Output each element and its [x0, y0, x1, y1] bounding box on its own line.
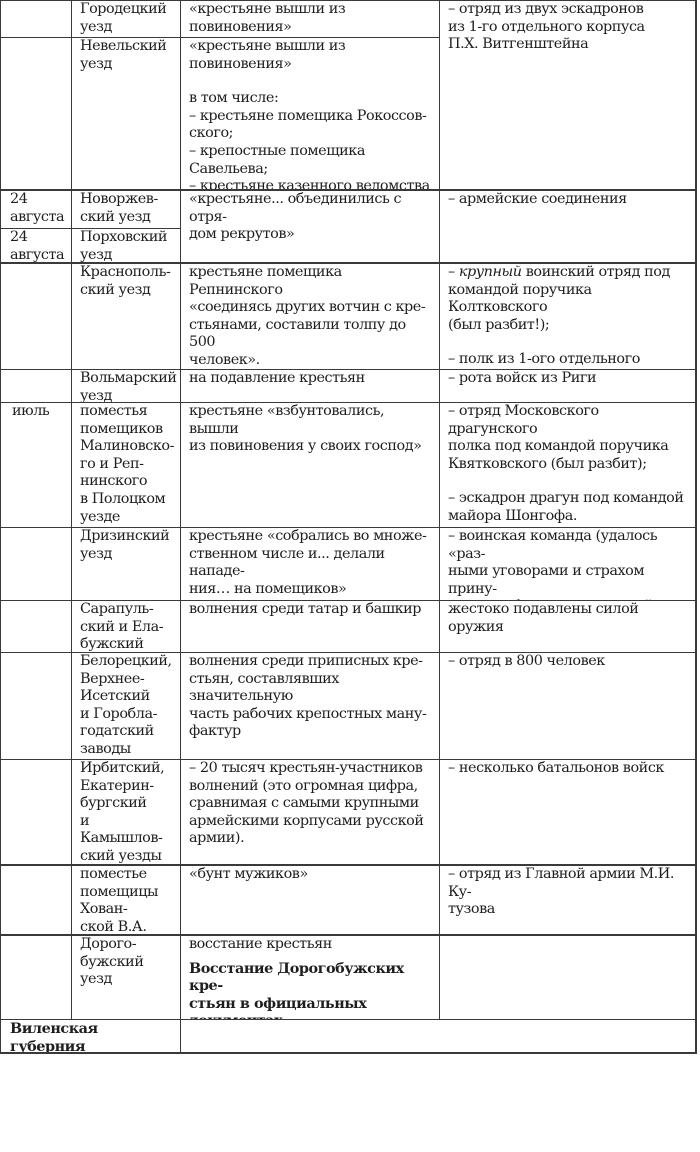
- place-text: Дризинский уезд: [80, 528, 175, 563]
- event-cell: «крестьяне вышли из повиновения»: [180, 0, 440, 38]
- place-cell: поместья помещиков Малиновско- го и Реп-…: [71, 402, 181, 528]
- place-cell: Новоржев- ский уезд: [71, 189, 181, 229]
- region-empty-cell: [180, 1019, 697, 1054]
- place-cell: Порховский уезд: [71, 228, 181, 263]
- measures-text: – армейские соединения: [448, 191, 690, 209]
- place-cell: Дризинский уезд: [71, 527, 181, 601]
- event-text: волнения среди приписных кре- стьян, сос…: [189, 653, 434, 741]
- place-cell: Дорого- бужский уезд: [71, 934, 181, 1020]
- place-text: поместья помещиков Малиновско- го и Реп-…: [80, 403, 175, 526]
- event-text: крестьяне помещика Репнинского «соединяс…: [189, 264, 434, 370]
- measures-text: – отряд Московского драгунского полка по…: [448, 403, 690, 473]
- date-text: июль: [10, 403, 69, 421]
- place-text: Новоржев- ский уезд: [80, 191, 175, 226]
- place-cell: Городецкий уезд: [71, 0, 181, 38]
- place-text: Сарапуль- ский и Ела- бужский уезд: [80, 601, 175, 653]
- event-text: крестьяне «взбунтовались, вышли из повин…: [189, 403, 434, 456]
- date-text: 24 августа: [10, 191, 69, 226]
- region-heading-cell: Виленская губерния (с июля – департамент…: [0, 1019, 181, 1054]
- place-cell: Сарапуль- ский и Ела- бужский уезд: [71, 600, 181, 653]
- date-text: 24 августа: [10, 229, 69, 263]
- place-text: поместье помещицы Хован- ской В.А.: [80, 866, 175, 935]
- place-cell: Ирбитский, Екатерин- бургский и Камышлов…: [71, 759, 181, 865]
- place-cell: поместье помещицы Хован- ской В.А.: [71, 864, 181, 935]
- place-cell: Вольмарский уезд: [71, 369, 181, 403]
- measures-text: жестоко подавлены силой оружия: [448, 601, 690, 636]
- date-cell: [0, 369, 72, 403]
- event-cell: крестьяне «взбунтовались, вышли из повин…: [180, 402, 440, 528]
- measures-cell: – отряд Московского драгунского полка по…: [439, 402, 697, 528]
- measures-text: – рота войск из Риги: [448, 370, 690, 388]
- measures-text: – отряд из двух эскадронов из 1-го отдел…: [448, 1, 690, 54]
- measures-cell: [439, 934, 697, 1020]
- measures-cell: – отряд из Главной армии М.И. Ку- тузова: [439, 864, 697, 935]
- event-text: восстание крестьян: [189, 936, 434, 954]
- event-text: «крестьяне... объединились с отря- дом р…: [189, 191, 434, 244]
- measures-cell: – отряд из двух эскадронов из 1-го отдел…: [439, 0, 697, 190]
- date-cell: [0, 759, 72, 865]
- place-text: Порховский уезд: [80, 229, 175, 263]
- measures-text: – воинская команда (удалось «раз- ными у…: [448, 528, 690, 601]
- date-cell: [0, 864, 72, 935]
- measures-text: – несколько батальонов войск: [448, 760, 690, 778]
- date-cell: [0, 0, 72, 38]
- place-text: Вольмарский уезд: [80, 370, 175, 403]
- place-cell: Краснополь- ский уезд: [71, 262, 181, 370]
- measures-cell: – крупный воинский отряд под командой по…: [439, 262, 697, 370]
- date-cell: [0, 527, 72, 601]
- date-cell: [0, 934, 72, 1020]
- place-text: Дорого- бужский уезд: [80, 936, 175, 989]
- emphasis-text: крупный: [459, 264, 522, 280]
- place-text: Городецкий уезд: [80, 1, 175, 36]
- event-detail-text: в том числе: – крестьяне помещика Рокосс…: [189, 90, 434, 190]
- measures-cell: – рота войск из Риги: [439, 369, 697, 403]
- event-cell: – 20 тысяч крестьян-участников волнений …: [180, 759, 440, 865]
- region-heading-text: Виленская губерния (с июля – департамент…: [10, 1020, 175, 1054]
- event-text: волнения среди татар и башкир: [189, 601, 434, 619]
- event-text: крестьяне «собрались во множе- ственном …: [189, 528, 434, 598]
- spacer: [189, 73, 434, 90]
- measures-cell: – несколько батальонов войск: [439, 759, 697, 865]
- spacer: [448, 473, 690, 490]
- date-cell: 24 августа: [0, 228, 72, 263]
- place-cell: Невельский уезд: [71, 37, 181, 190]
- event-text: «бунт мужиков»: [189, 866, 434, 884]
- place-text: Белорецкий, Верхнее- Исетский и Горобла-…: [80, 653, 175, 759]
- date-cell: [0, 652, 72, 760]
- measures-cell: – армейские соединения: [439, 189, 697, 263]
- event-cell: «крестьяне вышли из повиновения» в том ч…: [180, 37, 440, 190]
- event-text: – 20 тысяч крестьян-участников волнений …: [189, 760, 434, 848]
- event-cell: волнения среди татар и башкир: [180, 600, 440, 653]
- event-cell: «крестьяне... объединились с отря- дом р…: [180, 189, 440, 263]
- measures-text-2: – полк из 1-ого отдельного корпуса П.Х. …: [448, 351, 690, 370]
- date-cell: [0, 262, 72, 370]
- place-text: Краснополь- ский уезд: [80, 264, 175, 299]
- place-cell: Белорецкий, Верхнее- Исетский и Горобла-…: [71, 652, 181, 760]
- uprisings-table: Городецкий уезд «крестьяне вышли из пови…: [0, 0, 698, 1055]
- place-text: Ирбитский, Екатерин- бургский и Камышлов…: [80, 760, 175, 865]
- event-cell: «бунт мужиков»: [180, 864, 440, 935]
- spacer: [448, 334, 690, 351]
- measures-cell: – отряд в 800 человек: [439, 652, 697, 760]
- measures-text: – отряд из Главной армии М.И. Ку- тузова: [448, 866, 690, 919]
- date-cell: 24 августа: [0, 189, 72, 229]
- measures-cell: – воинская команда (удалось «раз- ными у…: [439, 527, 697, 601]
- event-text: «крестьяне вышли из повиновения»: [189, 1, 434, 36]
- event-cell: крестьяне помещика Репнинского «соединяс…: [180, 262, 440, 370]
- dash: –: [448, 264, 459, 280]
- place-text: Невельский уезд: [80, 38, 175, 73]
- date-cell: [0, 37, 72, 190]
- measures-text: – отряд в 800 человек: [448, 653, 690, 671]
- event-cell: восстание крестьян Восстание Дорогобужск…: [180, 934, 440, 1020]
- date-cell: июль: [0, 402, 72, 528]
- event-highlight-text: Восстание Дорогобужских кре- стьян в офи…: [189, 960, 434, 1020]
- measures-text: – крупный воинский отряд под командой по…: [448, 264, 690, 334]
- measures-cell: жестоко подавлены силой оружия: [439, 600, 697, 653]
- date-cell: [0, 600, 72, 653]
- event-cell: волнения среди приписных кре- стьян, сос…: [180, 652, 440, 760]
- event-text: «крестьяне вышли из повиновения»: [189, 38, 434, 73]
- event-cell: на подавление крестьян: [180, 369, 440, 403]
- event-cell: крестьяне «собрались во множе- ственном …: [180, 527, 440, 601]
- event-text: на подавление крестьян: [189, 370, 434, 388]
- measures-text-2: – эскадрон драгун под командой майора Шо…: [448, 490, 690, 525]
